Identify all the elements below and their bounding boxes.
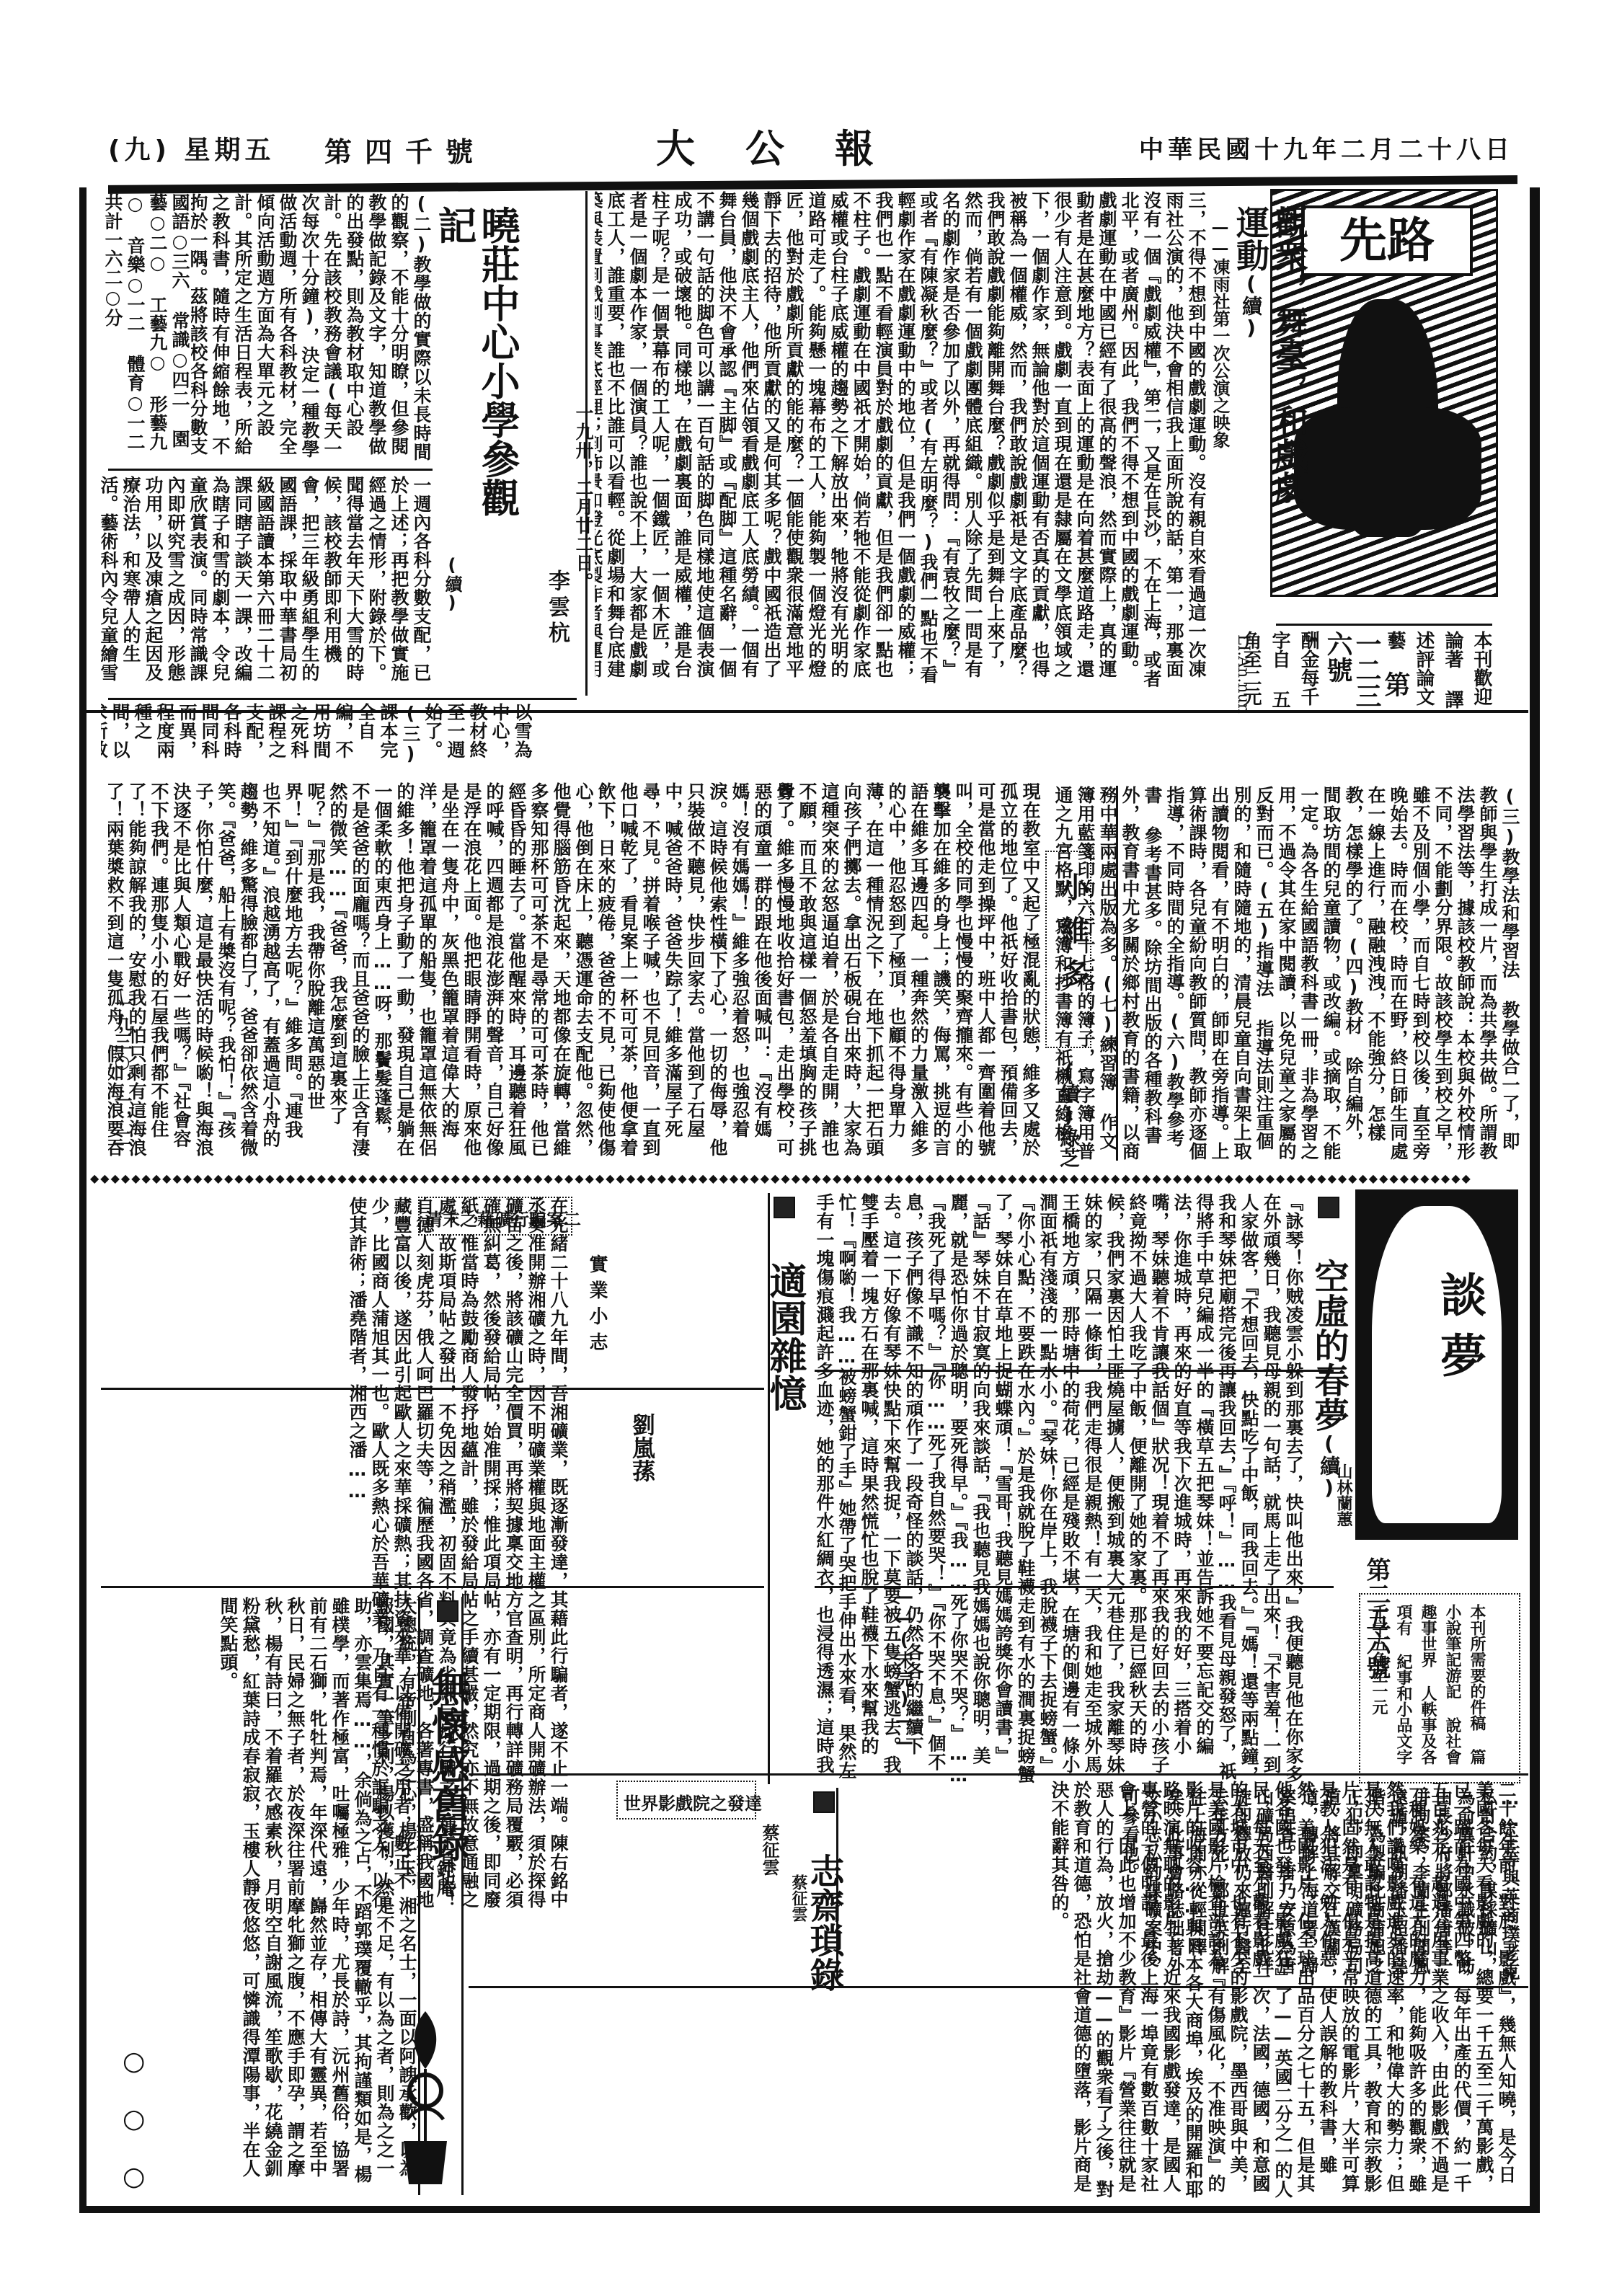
article-body-xiaozhuang-continued: (三)教學法和學習法 教學做合一了，即教師與學生打成一片，而為共學共做。所謂教法…: [1052, 786, 1521, 1161]
article-title-xiaoweiduo: 小維多: [1052, 872, 1094, 1002]
column-divider: [768, 1193, 770, 1784]
headline-text: 無懷感舊錄: [425, 1667, 471, 1862]
flower-vase-icon: [393, 2004, 458, 2191]
horse-icon: [1294, 407, 1481, 530]
section-marker-icon: [813, 1791, 835, 1813]
divider: [101, 1388, 764, 1390]
pioneer-notice: 本刊歡迎論著 譯述評論文藝 第一二三六號 酬金每千字自 五角至二元: [1280, 631, 1496, 710]
author-name: 綠芝: [1057, 1127, 1081, 1168]
masthead: (九) 星期五 第四千號 大公報 中華民國十九年二月二十八日: [108, 108, 1514, 173]
continued-label: (續): [440, 555, 465, 613]
ornamental-divider: ◆◆◆◆◆◆◆◆◆◆◆◆◆◆◆◆◆◆◆◆◆◆◆◆◆◆◆◆◆◆◆◆◆◆◆◆◆◆◆◆…: [90, 1174, 1528, 1184]
score-row: 國語○三六: [169, 193, 190, 290]
issue-number: 第四千號: [324, 130, 486, 169]
column-divider: [1116, 786, 1118, 1161]
column-divider: [461, 1597, 464, 2195]
circle-ornaments: ○○○: [123, 2033, 151, 2206]
publication-date: 中華民國十九年二月二十八日: [1139, 130, 1514, 165]
author-byline: 蔡征雲: [787, 1874, 810, 1922]
article-body-xiaozhuang-low: 以雪為中心，教材終至一週始了。(三)課本完全自編，不用坊間之死科課程之支配，各科…: [101, 703, 533, 775]
score-table: 國語○三六 常識○四二 園藝○二○ 工藝九○ 形藝九○ 音樂○一二 體育○一二 …: [101, 193, 191, 464]
tanmeng-banner: 談夢: [1426, 1271, 1492, 1392]
tanmeng-notice: 本刊所需要的件稿 篇小說筆記游記 說社會趣事世界 人軼事及各項有 紀事和小品文字…: [1366, 1604, 1489, 1777]
divider: [815, 1586, 1334, 1588]
page-label: (九): [108, 136, 171, 165]
frame-border-left: [79, 187, 87, 2206]
article-title-theatre: 觀衆，舞臺，和戲劇運動(續): [1231, 205, 1309, 508]
headline-text: 觀衆，舞臺，和戲劇運動: [1231, 205, 1309, 504]
end-note: ——(未完)——: [894, 1586, 916, 1788]
divider: [101, 1586, 764, 1588]
section-marker-icon: [774, 1197, 795, 1218]
newspaper-title: 大公報: [656, 118, 924, 174]
article-body-xiaoweiduo: 現在教室中又起了極混亂的狀態，維多又處於孤立的地位了。他祇好收拾書包，預備回去，…: [108, 782, 1042, 1157]
article-body-spring-dream: 『詠琴！你贼凌雲小躲到那裏去了，快叫他出來，』我便聽見他在你家多在外頑幾日，我聽…: [815, 1193, 1305, 1791]
weekday: 星期五: [184, 136, 275, 165]
section-label: 實業小志: [584, 1254, 611, 1358]
score-row: 體育○一二: [125, 355, 146, 451]
continued-label: (續): [1239, 272, 1263, 340]
article-body-xiaozhuang-mid: 一週內各科分數支配，已於上述；再把教學做實施經過之情形，附錄於下。聞得當去年天下…: [101, 476, 433, 692]
date-line: 一九卅，二月廿二日。: [570, 404, 595, 620]
divider: [815, 1370, 1334, 1372]
frame-border-right: [1530, 187, 1540, 2206]
author-byline: 山林蘭蕙: [1332, 1463, 1355, 1527]
score-row: 常識○四二: [169, 311, 190, 408]
author-byline: (續)綠芝: [1054, 1060, 1083, 1168]
article-title-xiaozhuang: 曉莊中心小學參觀記: [433, 205, 519, 544]
frame-border-bottom: [79, 2206, 1540, 2213]
headline-text: 空虛的春夢: [1308, 1259, 1349, 1432]
notice-line: 紀事和小品文字: [1394, 1654, 1412, 1765]
article-title-spring-dream: 空虛的春夢(續): [1308, 1197, 1349, 1499]
article-body-zhizhai: ……生等與英商璞老克私訂合約，謀採礦山，為俞廙軒中丞識破，飭由長沙府將鄒潘唐等一…: [843, 1788, 1521, 1982]
author-byline: 李雲杭: [541, 569, 572, 647]
score-total: 共計一六二○分: [102, 193, 123, 327]
column-divider: [836, 1788, 838, 1982]
notice-line: 本刊所需要的件稿: [1468, 1604, 1486, 1731]
author-byline: LI.An.nun: [1234, 634, 1252, 714]
author-byline: 鈍庵: [431, 1860, 458, 1897]
score-row: 音樂○一二: [125, 236, 146, 333]
article-body-xiaozhuang-top: (二)教學做的實際以未長時間的觀察，不能十分明瞭，但參閱教學做記錄及文字，知道教…: [191, 193, 433, 464]
divider: [108, 469, 433, 471]
date-line: 一九三○，一，二三晨。: [112, 995, 133, 1153]
continued-label: (續): [1057, 1060, 1081, 1127]
divider: [108, 698, 577, 700]
article-subtitle: ——凍雨社第一次公演之映象: [1207, 216, 1233, 454]
score-row: 工藝九○: [147, 296, 168, 373]
article-body-theatre: 三，不得不想到中國的戲劇運動。沒有親自來看過這一次凍雨社公演的，他決不會相信我上…: [595, 191, 1207, 696]
pioneer-banner: 先路: [1301, 205, 1473, 276]
section-marker-icon: [1318, 1197, 1339, 1218]
page-number: (九) 星期五: [108, 130, 275, 167]
divider: [1276, 624, 1492, 626]
author-byline: 劉嵐蓀: [626, 1413, 659, 1482]
divider: [469, 1773, 1528, 1776]
divider: [469, 1986, 1528, 1988]
section-divider: [87, 710, 1528, 713]
tanmeng-woodcut-illustration: 談夢: [1355, 1189, 1518, 1540]
notice-line: 千字五角至一元: [1370, 1604, 1388, 1715]
section-marker-icon: [437, 1600, 458, 1622]
column-divider: [585, 191, 588, 696]
